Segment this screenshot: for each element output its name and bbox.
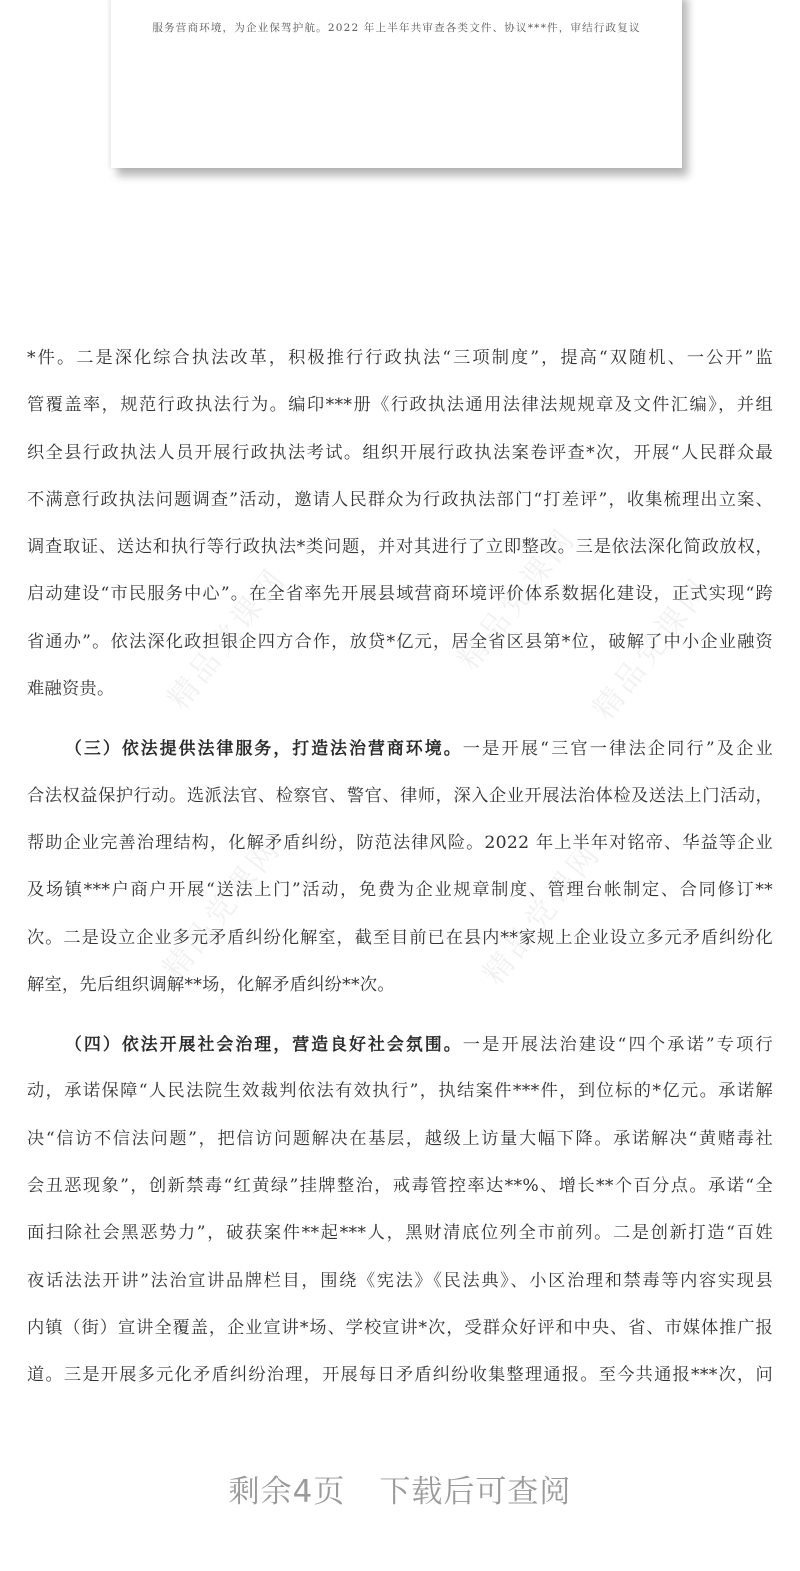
text-line: 次。二是设立企业多元矛盾纠纷化解室，截至目前已在县内**家规上企业设立多元矛盾纠… (27, 920, 773, 967)
paragraph-4-social-governance: （四）依法开展社会治理，营造良好社会氛围。一是开展法治建设“四个承诺”专项行 动… (27, 1026, 773, 1404)
text-line-with-heading: （四）依法开展社会治理，营造良好社会氛围。一是开展法治建设“四个承诺”专项行 (27, 1026, 773, 1073)
text-line: *件。二是深化综合执法改革，积极推行行政执法“三项制度”，提高“双随机、一公开”… (27, 340, 773, 387)
text-line: 合法权益保护行动。选派法官、检察官、警官、律师，深入企业开展法治体检及送法上门活… (27, 778, 773, 825)
text-line: 难融资贵。 (27, 671, 773, 718)
section-heading: （三）依法提供法律服务，打造法治营商环境。 (65, 738, 463, 758)
paragraph-1: *件。二是深化综合执法改革，积极推行行政执法“三项制度”，提高“双随机、一公开”… (27, 340, 773, 718)
text-line: 管覆盖率，规范行政执法行为。编印***册《行政执法通用法律法规规章及文件汇编》，… (27, 387, 773, 434)
remaining-pages-banner[interactable]: 剩余4页下载后可查阅 (0, 1466, 800, 1511)
previous-page-last-line: 服务营商环境，为企业保驾护航。2022 年上半年共审查各类文件、协议***件，审… (111, 20, 682, 35)
text-fragment: 一是开展“三官一律法企同行”及企业 (463, 739, 773, 759)
text-line: 动，承诺保障“人民法院生效裁判依法有效执行”，执结案件***件，到位标的*亿元。… (27, 1073, 773, 1120)
section-heading: （四）依法开展社会治理，营造良好社会氛围。 (65, 1034, 463, 1054)
text-line: 决“信访不信法问题”，把信访问题解决在基层，越级上访量大幅下降。承诺解决“黄赌毒… (27, 1121, 773, 1168)
text-line: 面扫除社会黑恶势力”，破获案件**起***人，黑财清底位列全市前列。二是创新打造… (27, 1215, 773, 1262)
download-hint: 下载后可查阅 (379, 1474, 571, 1510)
text-line: 不满意行政执法问题调查”活动，邀请人民群众为行政执法部门“打差评”，收集梳理出立… (27, 482, 773, 529)
text-line: 解室，先后组织调解**场，化解矛盾纠纷**次。 (27, 967, 773, 1014)
document-body: *件。二是深化综合执法改革，积极推行行政执法“三项制度”，提高“双随机、一公开”… (27, 340, 773, 1405)
text-line: 会丑恶现象”，创新禁毒“红黄绿”挂牌整治，戒毒管控率达**%、增长**个百分点。… (27, 1168, 773, 1215)
text-line: 内镇（街）宣讲全覆盖，企业宣讲*场、学校宣讲*次，受群众好评和中央、省、市媒体推… (27, 1310, 773, 1357)
text-line: 织全县行政执法人员开展行政执法考试。组织开展行政执法案卷评查*次，开展“人民群众… (27, 435, 773, 482)
text-line: 夜话法法开讲”法治宣讲品牌栏目，围绕《宪法》《民法典》、小区治理和禁毒等内容实现… (27, 1263, 773, 1310)
remaining-pages-count: 剩余4页 (229, 1474, 346, 1510)
text-line: 调查取证、送达和执行等行政执法*类问题，并对其进行了立即整改。三是依法深化简政放… (27, 529, 773, 576)
text-line: 省通办”。依法深化政担银企四方合作，放贷*亿元，居全省区县第*位，破解了中小企业… (27, 624, 773, 671)
text-line: 启动建设“市民服务中心”。在全省率先开展县域营商环境评价体系数据化建设，正式实现… (27, 576, 773, 623)
text-fragment: 一是开展法治建设“四个承诺”专项行 (463, 1035, 773, 1055)
text-line-with-heading: （三）依法提供法律服务，打造法治营商环境。一是开展“三官一律法企同行”及企业 (27, 730, 773, 777)
previous-page-card: ，为企业保驾护航。主要领导亲自抓法治政府建设各项工作，依法全面履行政府职能 服务… (111, 0, 682, 168)
paragraph-3-legal-services: （三）依法提供法律服务，打造法治营商环境。一是开展“三官一律法企同行”及企业 合… (27, 730, 773, 1014)
text-line: 帮助企业完善治理结构，化解矛盾纠纷，防范法律风险。2022 年上半年对铭帝、华益… (27, 825, 773, 872)
text-line: 道。三是开展多元化矛盾纠纷治理，开展每日矛盾纠纷收集整理通报。至今共通报***次… (27, 1357, 773, 1404)
text-line: 及场镇***户商户开展“送法上门”活动，免费为企业规章制度、管理台帐制定、合同修… (27, 872, 773, 919)
